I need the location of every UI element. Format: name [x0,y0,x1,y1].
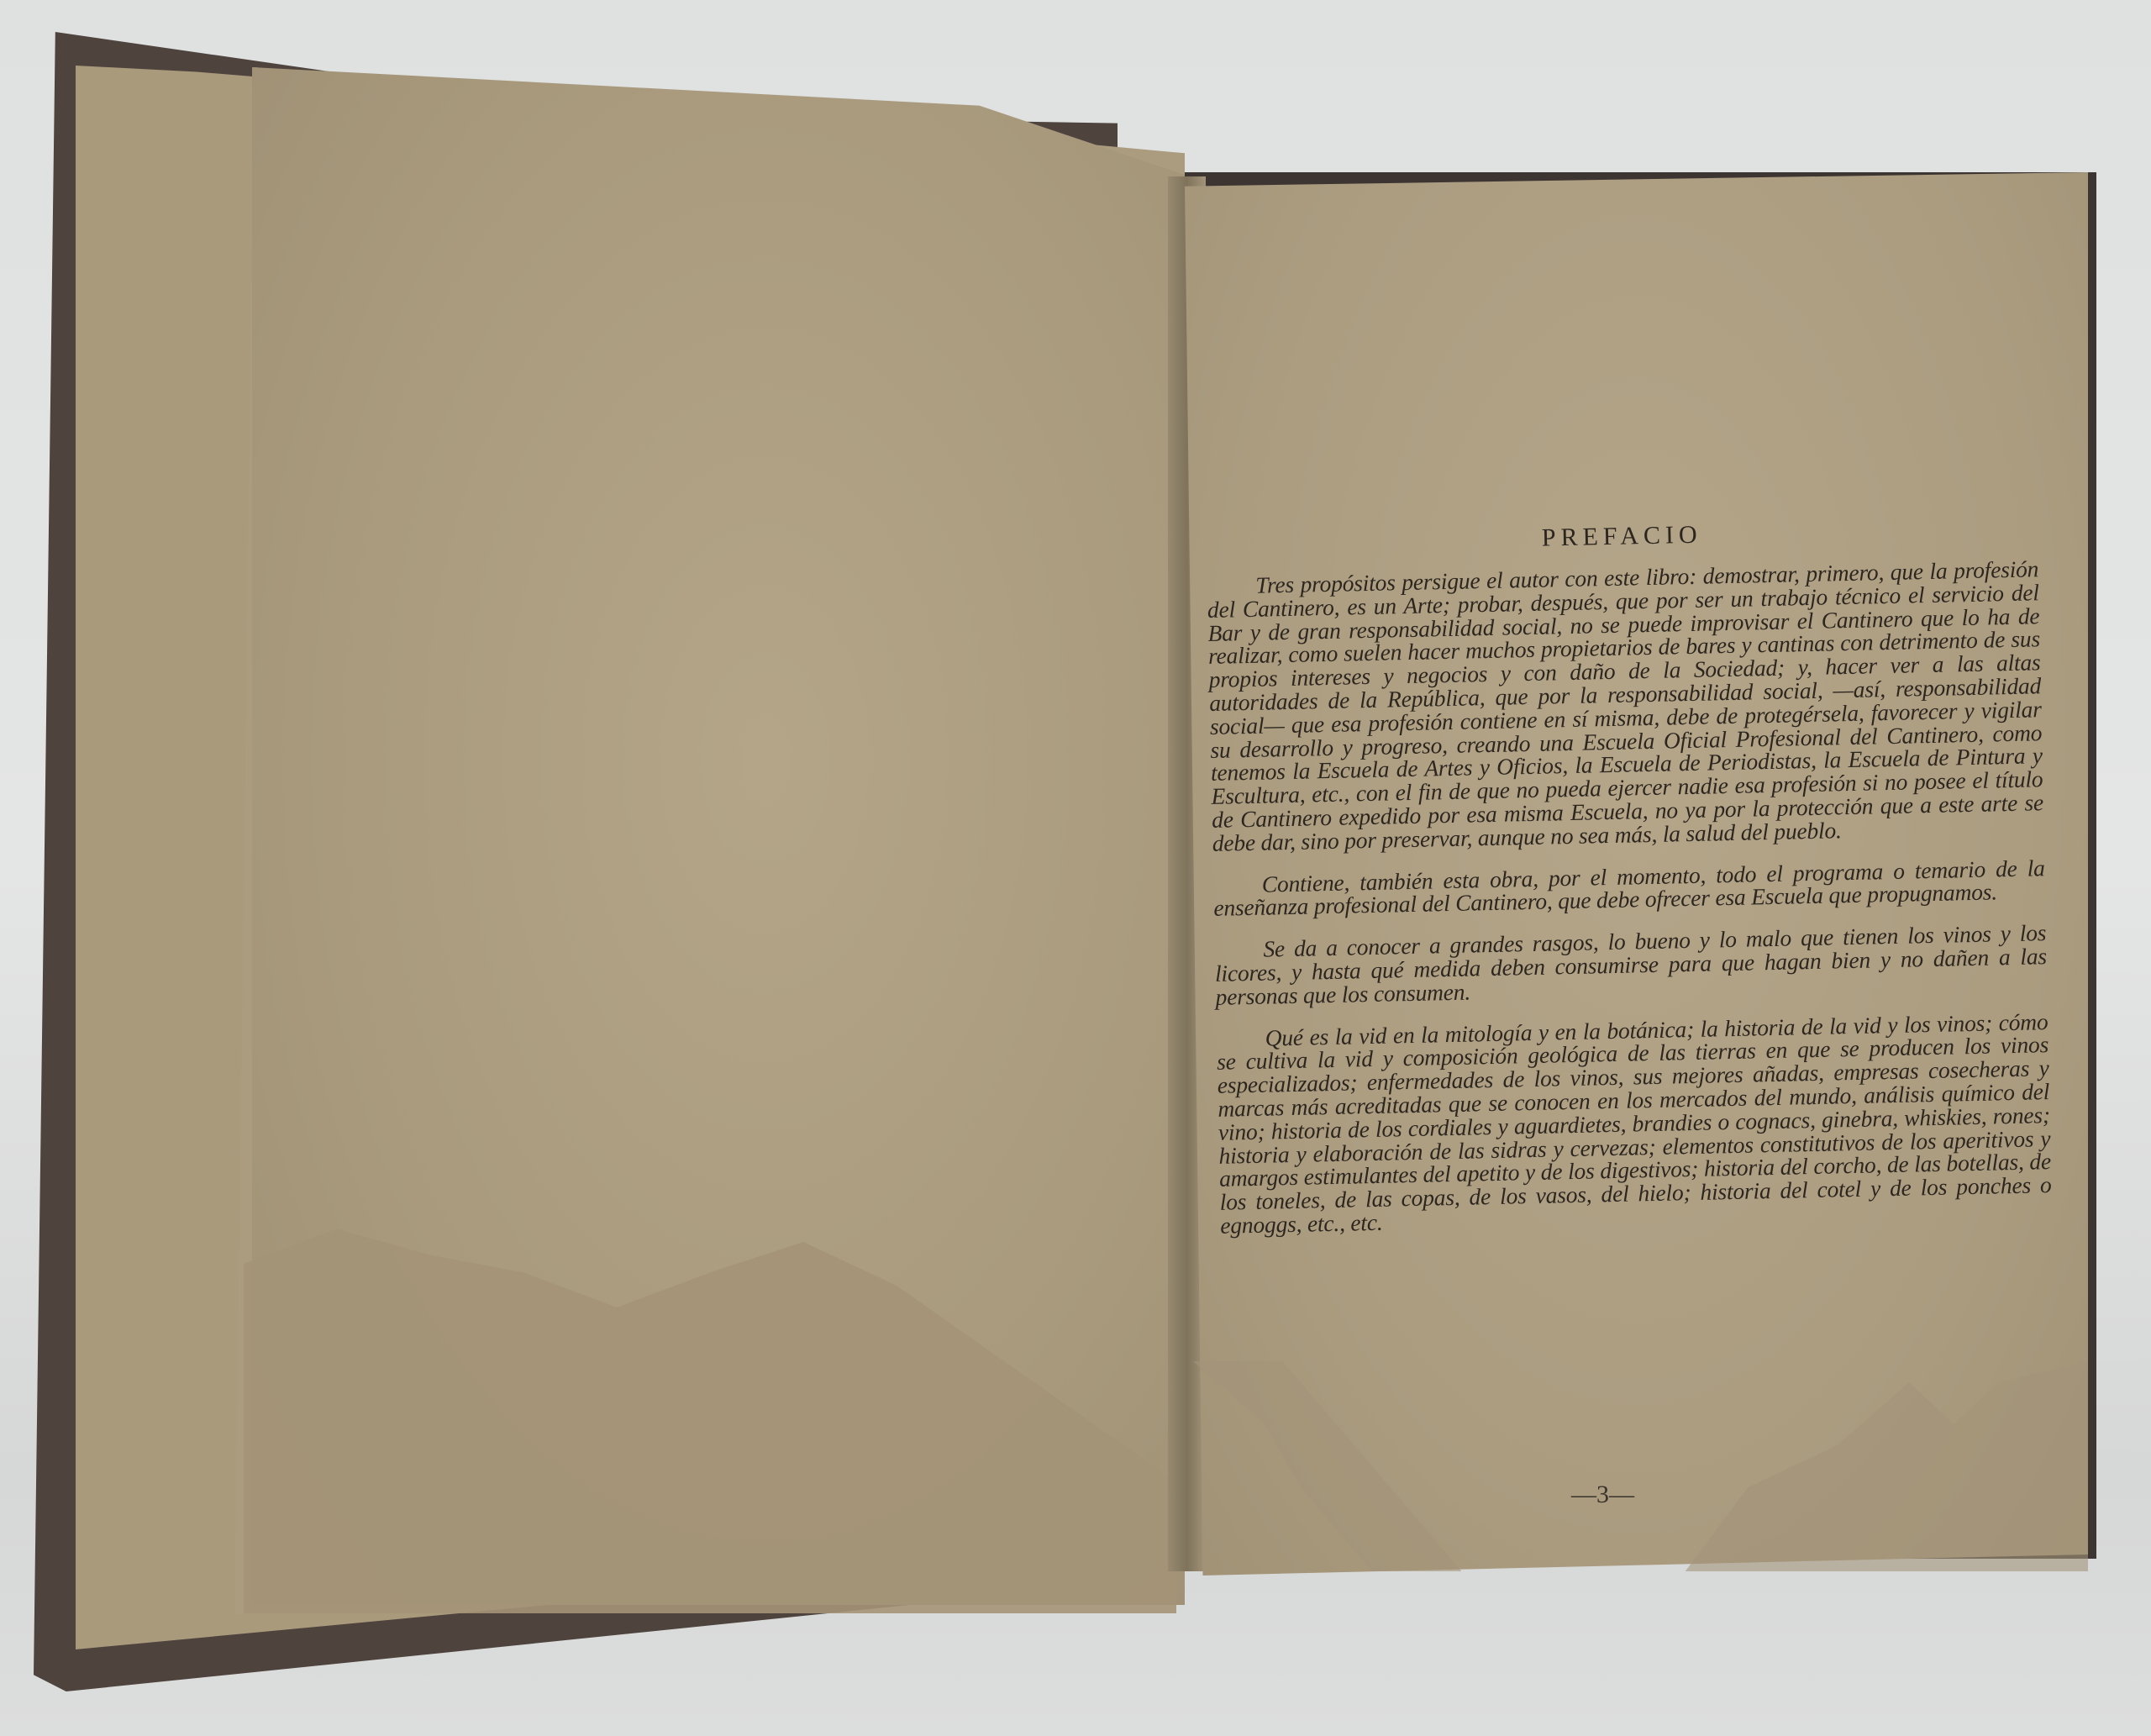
page-number: —3— [1571,1481,1634,1509]
paragraph: Se da a conocer a grandes rasgos, lo bue… [1214,921,2048,1008]
page-text-block: PREFACIO Tres propósitos persigue el aut… [1206,513,2053,1255]
paragraph: Qué es la vid en la mitología y en la bo… [1216,1010,2052,1238]
paragraph: Contiene, también esta obra, por el mome… [1213,856,2046,920]
paragraph: Tres propósitos persigue el autor con es… [1207,557,2044,855]
